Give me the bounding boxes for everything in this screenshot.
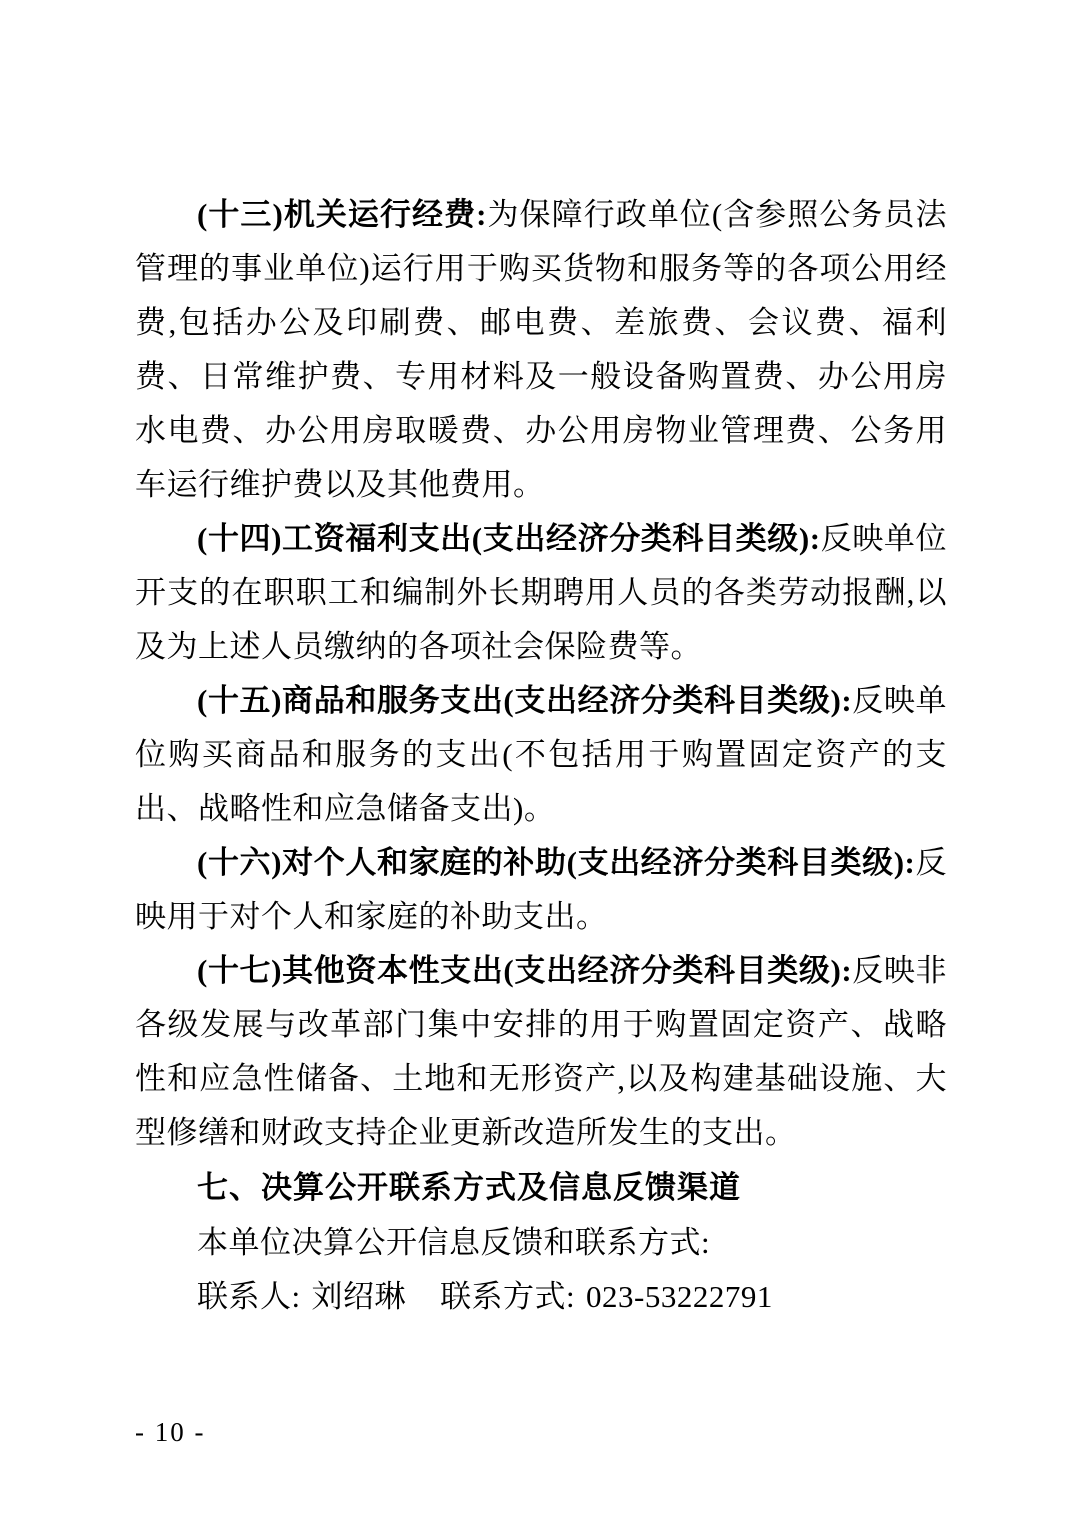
paragraph-17-lead: (十七)其他资本性支出(支出经济分类科目类级): — [197, 953, 852, 988]
paragraph-13: (十三)机关运行经费:为保障行政单位(含参照公务员法管理的事业单位)运行用于购买… — [135, 188, 947, 512]
paragraph-15: (十五)商品和服务支出(支出经济分类科目类级):反映单位购买商品和服务的支出(不… — [135, 674, 947, 836]
paragraph-13-body: 为保障行政单位(含参照公务员法管理的事业单位)运行用于购买货物和服务等的各项公用… — [135, 197, 947, 502]
paragraph-17: (十七)其他资本性支出(支出经济分类科目类级):反映非各级发展与改革部门集中安排… — [135, 944, 947, 1160]
document-page: (十三)机关运行经费:为保障行政单位(含参照公务员法管理的事业单位)运行用于购买… — [0, 0, 1074, 1520]
paragraph-14-lead: (十四)工资福利支出(支出经济分类科目类级): — [197, 521, 821, 556]
page-footer: - 10 - — [135, 1416, 205, 1448]
contact-intro: 本单位决算公开信息反馈和联系方式: — [135, 1216, 947, 1270]
section-heading: 七、决算公开联系方式及信息反馈渠道 — [135, 1160, 947, 1216]
paragraph-16: (十六)对个人和家庭的补助(支出经济分类科目类级):反映用于对个人和家庭的补助支… — [135, 836, 947, 944]
contact-person-label: 联系人: — [197, 1279, 301, 1314]
document-content: (十三)机关运行经费:为保障行政单位(含参照公务员法管理的事业单位)运行用于购买… — [135, 188, 947, 1324]
contact-line: 联系人:刘绍琳联系方式:023-53222791 — [135, 1270, 947, 1324]
paragraph-16-lead: (十六)对个人和家庭的补助(支出经济分类科目类级): — [197, 845, 915, 880]
paragraph-15-lead: (十五)商品和服务支出(支出经济分类科目类级): — [197, 683, 852, 718]
contact-method-label: 联系方式: — [440, 1279, 575, 1314]
paragraph-13-lead: (十三)机关运行经费: — [197, 197, 487, 232]
contact-person-name: 刘绍琳 — [311, 1279, 406, 1314]
page-number: - 10 - — [135, 1417, 205, 1447]
contact-method-value: 023-53222791 — [586, 1279, 773, 1314]
paragraph-14: (十四)工资福利支出(支出经济分类科目类级):反映单位开支的在职职工和编制外长期… — [135, 512, 947, 674]
